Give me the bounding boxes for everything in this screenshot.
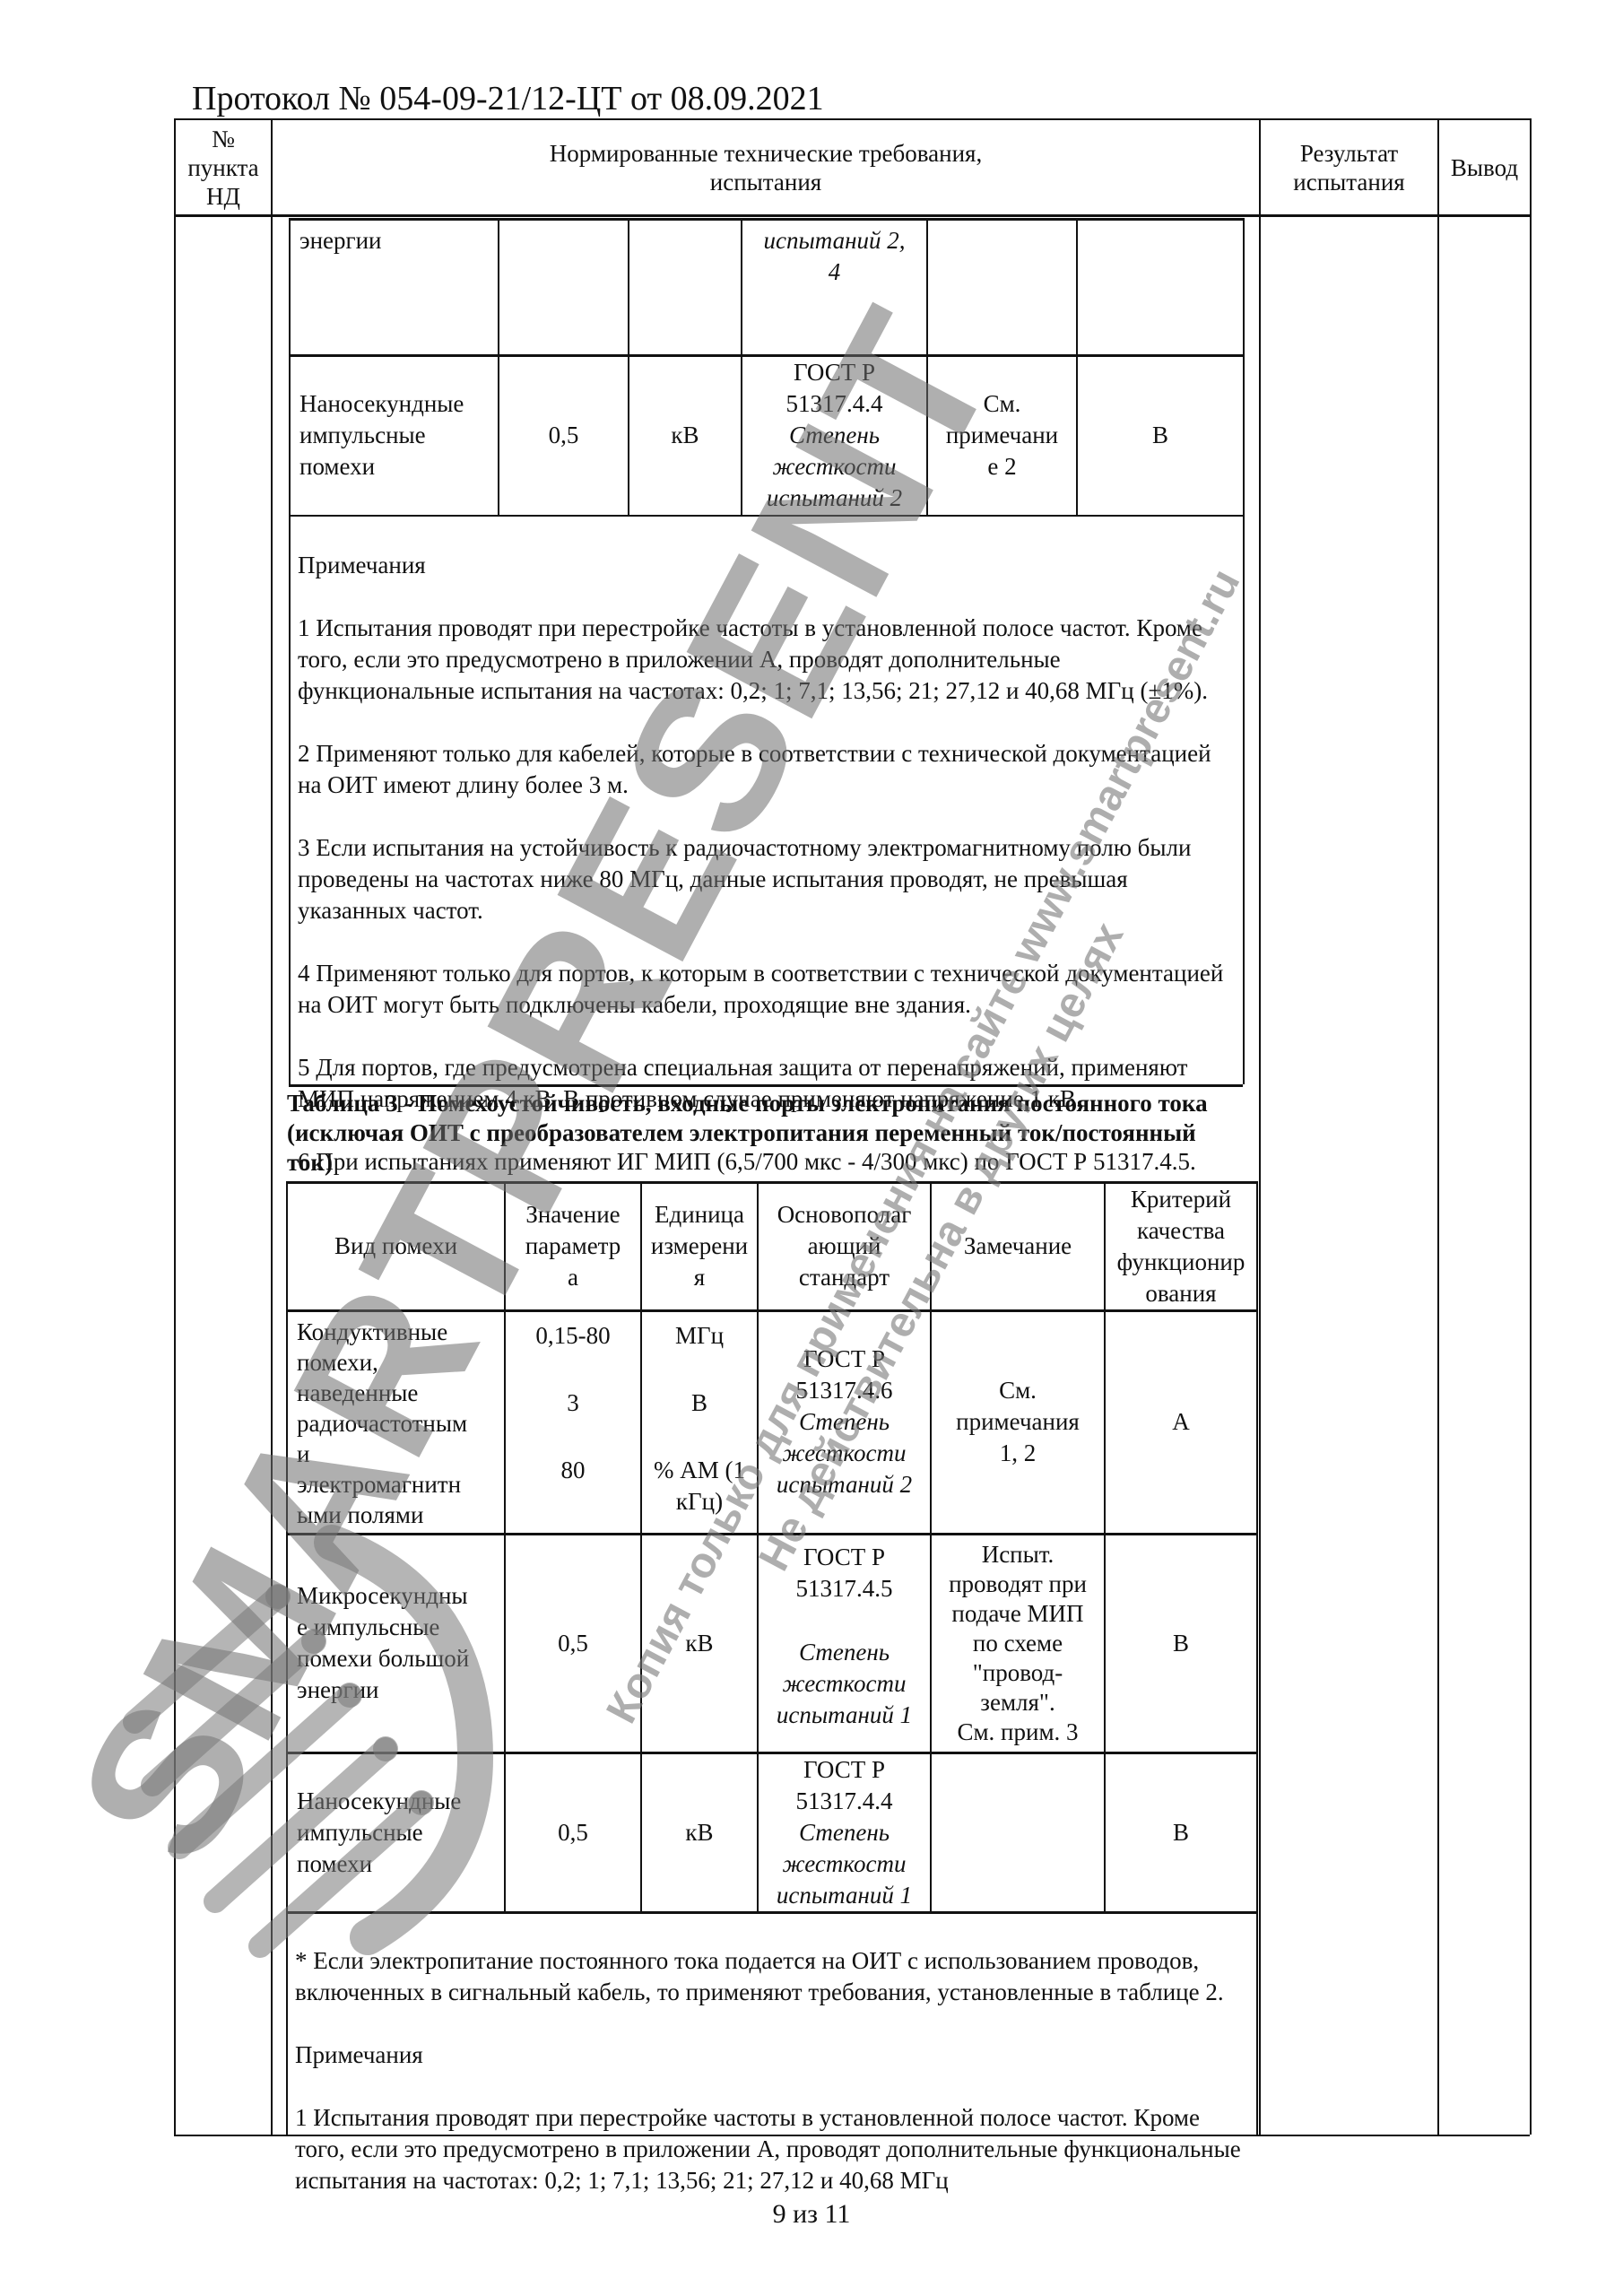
header-item-number: № пункта НД xyxy=(176,120,271,214)
table3-row2-standard: ГОСТ Р 51317.4.5 Степень жесткости испыт… xyxy=(759,1535,930,1752)
table3-footnote-notes: * Если электропитание постоянного тока п… xyxy=(295,1914,1253,2228)
table3-col-value: Значение параметр а xyxy=(506,1183,640,1309)
unit-text: % АМ (1 кГц) xyxy=(644,1455,755,1518)
table3-footnote: * Если электропитание постоянного тока п… xyxy=(295,1945,1253,2008)
table3-row1-standard: ГОСТ Р 51317.4.6 Степень жесткости испыт… xyxy=(759,1311,930,1533)
remark-text: 1, 2 xyxy=(1000,1438,1037,1469)
table3-col-criterion: Критерий качества функционир ования xyxy=(1106,1183,1256,1309)
standard-text: Степень xyxy=(799,1817,890,1848)
header-text: Критерий xyxy=(1131,1184,1231,1215)
value-text: 80 xyxy=(515,1455,631,1486)
standard-text: ГОСТ Р xyxy=(803,1344,885,1375)
value-text: 3 xyxy=(515,1387,631,1419)
table3-row1-criterion: А xyxy=(1106,1311,1256,1533)
type-text: импульсные xyxy=(299,420,426,451)
table2-row2-standard: ГОСТ Р 51317.4.4 Степень жесткости испыт… xyxy=(742,356,926,515)
table3-row1-units: МГц В % АМ (1 кГц) xyxy=(642,1311,757,1533)
table3-row3-value: 0,5 xyxy=(506,1753,640,1911)
standard-text: жесткости xyxy=(783,1848,907,1880)
standard-text: 51317.4.6 xyxy=(796,1375,893,1406)
remark-text: е 2 xyxy=(987,451,1016,483)
value-text: 0,15-80 xyxy=(515,1320,631,1352)
standard-text: испытаний 2, xyxy=(764,225,906,257)
standard-text: испытаний 1 xyxy=(759,1700,930,1731)
standard-text: Степень xyxy=(759,1637,930,1668)
header-text: а xyxy=(568,1262,578,1293)
header-text: Значение xyxy=(525,1199,620,1231)
table2-row2-type: Наносекундные импульсные помехи xyxy=(291,356,498,515)
table2-row2-remark: См. примечани е 2 xyxy=(928,356,1076,515)
note-item: 1 Испытания проводят при перестройке час… xyxy=(295,2102,1253,2196)
note-item: 3 Если испытания на устойчивость к радио… xyxy=(298,832,1235,926)
remark-text: земля". xyxy=(980,1688,1055,1718)
standard-text: Степень xyxy=(789,420,880,451)
header-result: Результат испытания xyxy=(1261,120,1437,214)
table3-row3-criterion: В xyxy=(1106,1753,1256,1911)
table3-caption: Таблица 3 - Помехоустойчивость, входные … xyxy=(287,1089,1237,1178)
header-text: испытания xyxy=(1293,168,1404,196)
type-text: ыми полями xyxy=(297,1500,495,1530)
note-item: 1 Испытания проводят при перестройке час… xyxy=(298,613,1235,707)
standard-text: испытаний 2 xyxy=(767,483,902,514)
header-text: Результат xyxy=(1300,139,1398,168)
standard-text: испытаний 2 xyxy=(777,1469,912,1500)
table2-row1-standard: испытаний 2, 4 xyxy=(742,220,926,293)
document-title: Протокол № 054-09-21/12-ЦТ от 08.09.2021 xyxy=(192,79,824,118)
standard-text: ГОСТ Р xyxy=(803,1754,885,1786)
header-text: НД xyxy=(206,182,240,211)
table2-row2-value: 0,5 xyxy=(499,356,628,515)
standard-text: испытаний 1 xyxy=(777,1880,912,1911)
remark-text: См. прим. 3 xyxy=(957,1718,1078,1747)
note-item: 2 Применяют только для кабелей, которые … xyxy=(298,738,1235,801)
type-text: наведенные xyxy=(297,1378,495,1408)
table3-row2-unit: кВ xyxy=(642,1535,757,1752)
type-text: энергии xyxy=(297,1674,379,1706)
table3-col-standard: Основополаг ающий стандарт xyxy=(759,1183,930,1309)
standard-text: ГОСТ Р xyxy=(759,1542,930,1573)
unit-text: В xyxy=(644,1387,755,1419)
remark-text: "провод- xyxy=(973,1658,1063,1688)
note-item: 4 Применяют только для портов, к которым… xyxy=(298,958,1235,1021)
table3-row2-value: 0,5 xyxy=(506,1535,640,1752)
standard-text: жесткости xyxy=(759,1668,930,1700)
table3-col-unit: Единица измерени я xyxy=(642,1183,757,1309)
type-text: радиочастотным xyxy=(297,1408,495,1439)
table2-row2-unit: кВ xyxy=(629,356,741,515)
remark-text: примечани xyxy=(946,420,1058,451)
type-text: и xyxy=(297,1439,495,1469)
table3-row1-values: 0,15-80 3 80 xyxy=(506,1311,640,1533)
notes-heading: Примечания xyxy=(298,550,1235,581)
header-text: параметр xyxy=(525,1231,621,1262)
header-text: ования xyxy=(1145,1278,1216,1309)
remark-text: проводят при xyxy=(949,1570,1087,1599)
header-text: качества xyxy=(1137,1215,1225,1247)
table2-row2-criterion: В xyxy=(1078,356,1243,515)
table3-row2-type: Микросекундны е импульсные помехи большо… xyxy=(288,1535,504,1752)
remark-text: подаче МИП xyxy=(951,1599,1083,1629)
header-text: № xyxy=(212,125,235,153)
standard-text: 4 xyxy=(829,257,841,288)
header-text: пункта xyxy=(187,153,258,182)
table3-col-remark: Замечание xyxy=(932,1183,1104,1309)
notes-heading: Примечания xyxy=(295,2039,1253,2071)
table3-col-type: Вид помехи xyxy=(288,1183,504,1309)
table3-row1-remark: См. примечания 1, 2 xyxy=(932,1311,1104,1533)
standard-text: 51317.4.4 xyxy=(786,388,883,420)
header-text: ающий xyxy=(808,1231,881,1262)
type-text: Кондуктивные xyxy=(297,1317,495,1347)
type-text: е импульсные xyxy=(297,1612,439,1643)
table3-row3-type: Наносекундные импульсные помехи xyxy=(288,1753,504,1911)
table3-row3-unit: кВ xyxy=(642,1753,757,1911)
type-text: электромагнитн xyxy=(297,1469,495,1500)
standard-text: жесткости xyxy=(783,1438,907,1469)
standard-text: ГОСТ Р xyxy=(794,357,875,388)
type-text: помехи большой xyxy=(297,1643,469,1674)
header-text: испытания xyxy=(710,168,821,196)
remark-text: См. xyxy=(984,388,1021,420)
remark-text: по схеме xyxy=(973,1629,1063,1658)
standard-text: 51317.4.5 xyxy=(759,1573,930,1605)
standard-text: Степень xyxy=(799,1406,890,1438)
header-text: Нормированные технические требования, xyxy=(550,139,982,168)
table3-row2-remark: Испыт. проводят при подаче МИП по схеме … xyxy=(932,1535,1104,1752)
type-text: помехи, xyxy=(297,1347,495,1378)
type-text: импульсные xyxy=(297,1817,423,1848)
type-text: Микросекундны xyxy=(297,1580,468,1612)
standard-text: жесткости xyxy=(773,451,897,483)
table3-row1-type: Кондуктивные помехи, наведенные радиочас… xyxy=(288,1311,504,1533)
header-text: Единица xyxy=(655,1199,744,1231)
header-text: измерени xyxy=(651,1231,748,1262)
table3-row3-standard: ГОСТ Р 51317.4.4 Степень жесткости испыт… xyxy=(759,1753,930,1911)
type-text: помехи xyxy=(297,1848,372,1880)
table2-row1-type: энергии xyxy=(291,220,498,262)
unit-text: МГц xyxy=(644,1320,755,1352)
remark-text: Испыт. xyxy=(982,1540,1055,1570)
standard-text: 51317.4.4 xyxy=(796,1786,893,1817)
header-conclusion: Вывод xyxy=(1439,120,1530,214)
table3-row2-criterion: В xyxy=(1106,1535,1256,1752)
page-number: 9 из 11 xyxy=(0,2199,1623,2230)
type-text: Наносекундные xyxy=(299,388,464,420)
header-text: стандарт xyxy=(799,1262,890,1293)
header-requirements: Нормированные технические требования, ис… xyxy=(273,120,1259,214)
type-text: помехи xyxy=(299,451,375,483)
header-text: Основополаг xyxy=(777,1199,912,1231)
header-text: функционир xyxy=(1117,1247,1245,1278)
type-text: Наносекундные xyxy=(297,1786,461,1817)
remark-text: См. xyxy=(999,1375,1037,1406)
remark-text: примечания xyxy=(956,1406,1080,1438)
header-text: я xyxy=(694,1262,705,1293)
